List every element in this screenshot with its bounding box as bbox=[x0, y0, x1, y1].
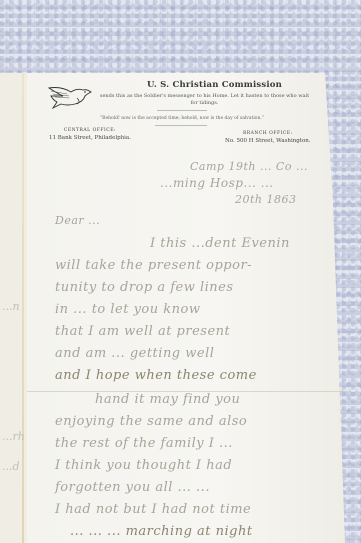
letter-line: I had not but I had not time bbox=[55, 502, 251, 517]
letterhead: U. S. Christian Commission sends this as… bbox=[27, 78, 325, 158]
branch-office: BRANCH OFFICE: No. 500 H Street, Washing… bbox=[225, 131, 311, 144]
divider bbox=[155, 125, 207, 126]
back-sheet-fragment: ...rh bbox=[2, 430, 25, 443]
central-office: CENTRAL OFFICE: 11 Bank Street, Philadel… bbox=[49, 128, 131, 141]
dove-icon bbox=[47, 84, 95, 110]
letter-line: and I hope when these come bbox=[55, 368, 257, 383]
back-sheet-fragment: ...d bbox=[2, 460, 20, 473]
letter-line: the rest of the family I ... bbox=[55, 436, 233, 451]
letter-line: enjoying the same and also bbox=[55, 414, 247, 429]
letterhead-tagline: sends this as the Soldier's messenger to… bbox=[97, 93, 312, 107]
central-office-address: 11 Bank Street, Philadelphia. bbox=[49, 135, 131, 141]
branch-office-label: BRANCH OFFICE: bbox=[225, 131, 311, 136]
back-sheet-fragment: ...n bbox=[2, 300, 20, 313]
letter-line: forgotten you all ... ... bbox=[55, 480, 210, 495]
divider bbox=[157, 110, 207, 111]
letter-heading-line: ...ming Hosp... ... bbox=[160, 176, 274, 190]
letter-line: in ... to let you know bbox=[55, 302, 200, 317]
letter-line: hand it may find you bbox=[95, 392, 240, 407]
letter-line: tunity to drop a few lines bbox=[55, 280, 234, 295]
letter-line: that I am well at present bbox=[55, 324, 230, 339]
back-sheet-fold bbox=[22, 73, 24, 543]
letter-heading-line: Camp 19th ... Co ... bbox=[190, 160, 308, 173]
letter-line: will take the present oppor- bbox=[55, 258, 252, 273]
branch-office-address: No. 500 H Street, Washington. bbox=[225, 138, 311, 144]
letter-line: I this ...dent Evenin bbox=[150, 236, 290, 251]
letterhead-verse: “Behold! now is the accepted time; behol… bbox=[52, 116, 312, 121]
letter-line: I think you thought I had bbox=[55, 458, 232, 473]
central-office-label: CENTRAL OFFICE: bbox=[49, 128, 131, 133]
letter-line: ... ... ... marching at night bbox=[70, 524, 253, 539]
letter-line: and am ... getting well bbox=[55, 346, 214, 361]
letter-salutation: Dear ... bbox=[55, 214, 100, 227]
letter-date: 20th 1863 bbox=[235, 193, 297, 206]
letterhead-title: U. S. Christian Commission bbox=[147, 80, 282, 90]
